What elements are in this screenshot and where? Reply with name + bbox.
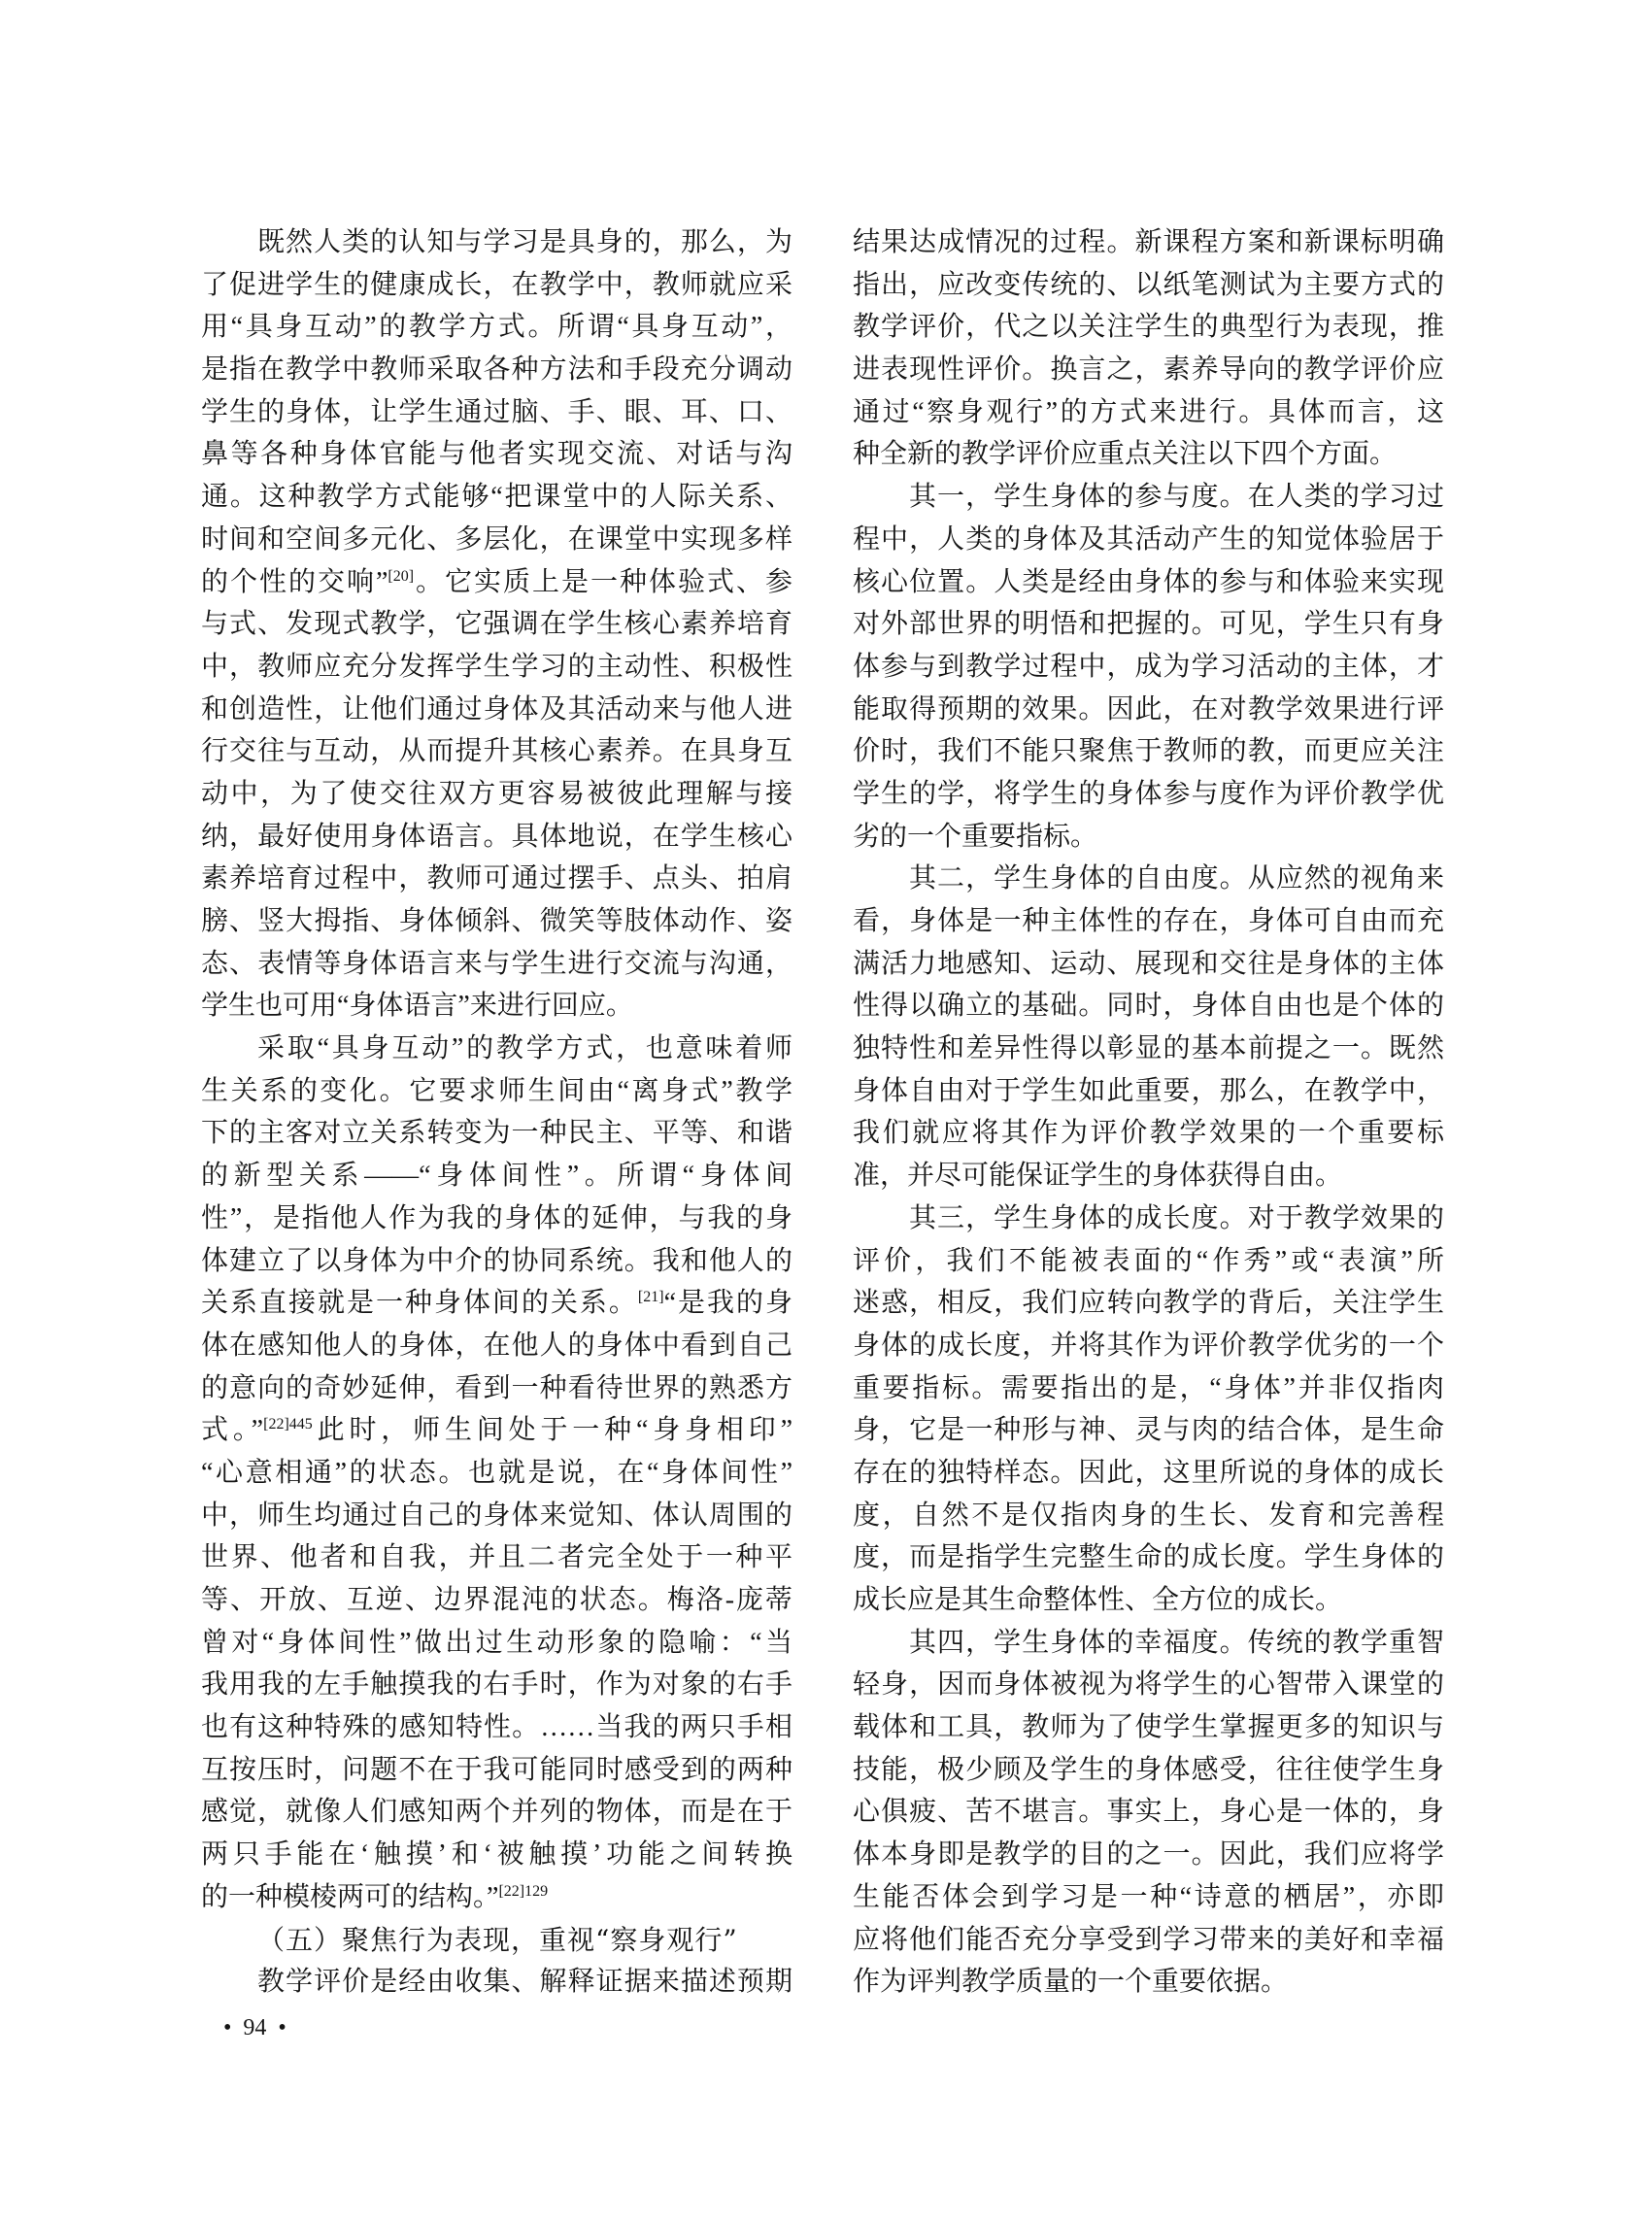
text-line: 身体自由对于学生如此重要，那么，在教学中， [853, 1070, 1444, 1113]
left-column: 既然人类的认知与学习是具身的，那么，为 了促进学生的健康成长，在教学中，教师就应… [201, 221, 792, 2004]
paragraph-embodied-interaction: 既然人类的认知与学习是具身的，那么，为 了促进学生的健康成长，在教学中，教师就应… [201, 221, 792, 1028]
text-line: 我用我的左手触摸我的右手时，作为对象的右手 [201, 1664, 792, 1706]
line-text: 关系直接就是一种身体间的关系。 [201, 1288, 638, 1318]
text-line: 存在的独特样态。因此，这里所说的身体的成长 [853, 1452, 1444, 1495]
text-line: 度，而是指学生完整生命的成长度。学生身体的 [853, 1536, 1444, 1579]
document-page: 既然人类的认知与学习是具身的，那么，为 了促进学生的健康成长，在教学中，教师就应… [0, 0, 1652, 2225]
text-line: 其三，学生身体的成长度。对于教学效果的 [853, 1197, 1444, 1240]
text-line: 准，并尽可能保证学生的身体获得自由。 [853, 1155, 1444, 1197]
text-line: 学生的身体，让学生通过脑、手、眼、耳、口、 [201, 391, 792, 434]
citation-ref: [20] [388, 568, 414, 585]
text-line: 了促进学生的健康成长，在教学中，教师就应采 [201, 264, 792, 307]
text-line: 曾对“身体间性”做出过生动形象的隐喻：“当 [201, 1622, 792, 1665]
text-line: 进表现性评价。换言之，素养导向的教学评价应 [853, 349, 1444, 391]
text-line: 的一种模棱两可的结构。”[22]129 [201, 1876, 792, 1919]
paragraph-participation: 其一，学生身体的参与度。在人类的学习过 程中，人类的身体及其活动产生的知觉体验居… [853, 476, 1444, 858]
text-line: 作为评判教学质量的一个重要依据。 [853, 1961, 1444, 2004]
paragraph-happiness: 其四，学生身体的幸福度。传统的教学重智 轻身，因而身体被视为将学生的心智带入课堂… [853, 1622, 1444, 2004]
text-line: 成长应是其生命整体性、全方位的成长。 [853, 1579, 1444, 1622]
text-line: 用“具身互动”的教学方式。所谓“具身互动”， [201, 306, 792, 349]
text-line: 生关系的变化。它要求师生间由“离身式”教学 [201, 1070, 792, 1113]
text-line: 技能，极少顾及学生的身体感受，往往使学生身 [853, 1749, 1444, 1792]
text-line: 价时，我们不能只聚焦于教师的教，而更应关注 [853, 730, 1444, 773]
text-line: 关系直接就是一种身体间的关系。[21]“是我的身 [201, 1282, 792, 1325]
text-line: 性得以确立的基础。同时，身体自由也是个体的 [853, 985, 1444, 1028]
text-line: 体建立了以身体为中介的协同系统。我和他人的 [201, 1240, 792, 1283]
text-line: 轻身，因而身体被视为将学生的心智带入课堂的 [853, 1664, 1444, 1706]
line-text: 此时，师生间处于一种“身身相印” [313, 1415, 792, 1445]
text-line: 采取“具身互动”的教学方式，也意味着师 [201, 1028, 792, 1070]
text-line: 式。”[22]445此时，师生间处于一种“身身相印” [201, 1409, 792, 1452]
text-line: 能取得预期的效果。因此，在对教学效果进行评 [853, 689, 1444, 731]
text-line: 迷惑，相反，我们应转向教学的背后，关注学生 [853, 1282, 1444, 1325]
text-line: 重要指标。需要指出的是，“身体”并非仅指肉 [853, 1367, 1444, 1410]
page-number: • 94 • [223, 2010, 287, 2045]
text-line: 与式、发现式教学，它强调在学生核心素养培育 [201, 603, 792, 646]
citation-ref: [22]445 [263, 1416, 313, 1433]
text-line: 教学评价，代之以关注学生的典型行为表现，推 [853, 306, 1444, 349]
section-heading: （五）聚焦行为表现，重视“察身观行” [201, 1919, 792, 1962]
text-line: 体参与到教学过程中，成为学习活动的主体，才 [853, 646, 1444, 689]
text-line: 劣的一个重要指标。 [853, 816, 1444, 859]
text-line: 学生的学，将学生的身体参与度作为评价教学优 [853, 773, 1444, 816]
text-line: “心意相通”的状态。也就是说，在“身体间性” [201, 1452, 792, 1495]
paragraph-growth: 其三，学生身体的成长度。对于教学效果的 评价，我们不能被表面的“作秀”或“表演”… [853, 1197, 1444, 1622]
text-line: 也有这种特殊的感知特性。……当我的两只手相 [201, 1706, 792, 1749]
text-line: 学生也可用“身体语言”来进行回应。 [201, 985, 792, 1028]
text-line: 中，师生均通过自己的身体来觉知、体认周围的 [201, 1495, 792, 1537]
text-line: 结果达成情况的过程。新课程方案和新课标明确 [853, 221, 1444, 264]
text-line: 膀、竖大拇指、身体倾斜、微笑等肢体动作、姿 [201, 900, 792, 943]
text-line: 其四，学生身体的幸福度。传统的教学重智 [853, 1622, 1444, 1665]
text-line: 教学评价是经由收集、解释证据来描述预期 [201, 1961, 792, 2004]
text-line: 我们就应将其作为评价教学效果的一个重要标 [853, 1112, 1444, 1155]
line-text: 的一种模棱两可的结构。” [201, 1882, 498, 1912]
text-line: 世界、他者和自我，并且二者完全处于一种平 [201, 1536, 792, 1579]
text-line: 其一，学生身体的参与度。在人类的学习过 [853, 476, 1444, 519]
text-line: 载体和工具，教师为了使学生掌握更多的知识与 [853, 1706, 1444, 1749]
text-line: 生能否体会到学习是一种“诗意的栖居”，亦即 [853, 1876, 1444, 1919]
text-line: 等、开放、互逆、边界混沌的状态。梅洛-庞蒂 [201, 1579, 792, 1622]
line-text: “是我的身 [664, 1288, 792, 1318]
text-line: 评价，我们不能被表面的“作秀”或“表演”所 [853, 1240, 1444, 1283]
text-line: 体本身即是教学的目的之一。因此，我们应将学 [853, 1834, 1444, 1876]
text-line: 看，身体是一种主体性的存在，身体可自由而充 [853, 900, 1444, 943]
text-line: 种全新的教学评价应重点关注以下四个方面。 [853, 433, 1444, 476]
text-line: 度，自然不是仅指肉身的生长、发育和完善程 [853, 1495, 1444, 1537]
text-line: 程中，人类的身体及其活动产生的知觉体验居于 [853, 519, 1444, 561]
text-line: 动中，为了使交往双方更容易被彼此理解与接 [201, 773, 792, 816]
text-line: 既然人类的认知与学习是具身的，那么，为 [201, 221, 792, 264]
text-line: 通。这种教学方式能够“把课堂中的人际关系、 [201, 476, 792, 519]
paragraph-evaluation-continued: 结果达成情况的过程。新课程方案和新课标明确 指出，应改变传统的、以纸笔测试为主要… [853, 221, 1444, 476]
citation-ref: [21] [638, 1289, 664, 1305]
text-line: 的个性的交响”[20]。它实质上是一种体验式、参 [201, 561, 792, 604]
text-line: 感觉，就像人们感知两个并列的物体，而是在于 [201, 1791, 792, 1834]
text-line: 核心位置。人类是经由身体的参与和体验来实现 [853, 561, 1444, 604]
text-line: 指出，应改变传统的、以纸笔测试为主要方式的 [853, 264, 1444, 307]
text-line: 体在感知他人的身体，在他人的身体中看到自己 [201, 1325, 792, 1367]
text-line: 其二，学生身体的自由度。从应然的视角来 [853, 858, 1444, 900]
text-line: 应将他们能否充分享受到学习带来的美好和幸福 [853, 1919, 1444, 1962]
text-line: 态、表情等身体语言来与学生进行交流与沟通， [201, 943, 792, 986]
text-line: 性”，是指他人作为我的身体的延伸，与我的身 [201, 1197, 792, 1240]
text-line: 行交往与互动，从而提升其核心素养。在具身互 [201, 730, 792, 773]
text-line: 身体的成长度，并将其作为评价教学优劣的一个 [853, 1325, 1444, 1367]
line-text: 式。” [201, 1415, 263, 1445]
line-text: 。它实质上是一种体验式、参 [414, 567, 792, 597]
text-line: 和创造性，让他们通过身体及其活动来与他人进 [201, 689, 792, 731]
text-line: 时间和空间多元化、多层化，在课堂中实现多样 [201, 519, 792, 561]
text-line: 的新型关系——“身体间性”。所谓“身体间 [201, 1155, 792, 1197]
line-text: 的个性的交响” [201, 567, 388, 597]
text-line: 纳，最好使用身体语言。具体地说，在学生核心 [201, 816, 792, 859]
text-line: 是指在教学中教师采取各种方法和手段充分调动 [201, 349, 792, 391]
citation-ref: [22]129 [498, 1883, 548, 1900]
text-line: 独特性和差异性得以彰显的基本前提之一。既然 [853, 1028, 1444, 1070]
text-line: 鼻等各种身体官能与他者实现交流、对话与沟 [201, 433, 792, 476]
paragraph-evaluation-intro: 教学评价是经由收集、解释证据来描述预期 [201, 1961, 792, 2004]
text-line: 互按压时，问题不在于我可能同时感受到的两种 [201, 1749, 792, 1792]
right-column: 结果达成情况的过程。新课程方案和新课标明确 指出，应改变传统的、以纸笔测试为主要… [853, 221, 1444, 2004]
text-line: 对外部世界的明悟和把握的。可见，学生只有身 [853, 603, 1444, 646]
text-line: 的意向的奇妙延伸，看到一种看待世界的熟悉方 [201, 1367, 792, 1410]
text-line: 身，它是一种形与神、灵与肉的结合体，是生命 [853, 1409, 1444, 1452]
text-line: 满活力地感知、运动、展现和交往是身体的主体 [853, 943, 1444, 986]
text-line: 素养培育过程中，教师可通过摆手、点头、拍肩 [201, 858, 792, 900]
text-line: 下的主客对立关系转变为一种民主、平等、和谐 [201, 1112, 792, 1155]
paragraph-freedom: 其二，学生身体的自由度。从应然的视角来 看，身体是一种主体性的存在，身体可自由而… [853, 858, 1444, 1197]
text-line: 通过“察身观行”的方式来进行。具体而言，这 [853, 391, 1444, 434]
text-line: 两只手能在‘触摸’和‘被触摸’功能之间转换 [201, 1834, 792, 1876]
paragraph-intercorporeality: 采取“具身互动”的教学方式，也意味着师 生关系的变化。它要求师生间由“离身式”教… [201, 1028, 792, 1918]
text-line: 中，教师应充分发挥学生学习的主动性、积极性 [201, 646, 792, 689]
text-line: 心俱疲、苦不堪言。事实上，身心是一体的，身 [853, 1791, 1444, 1834]
